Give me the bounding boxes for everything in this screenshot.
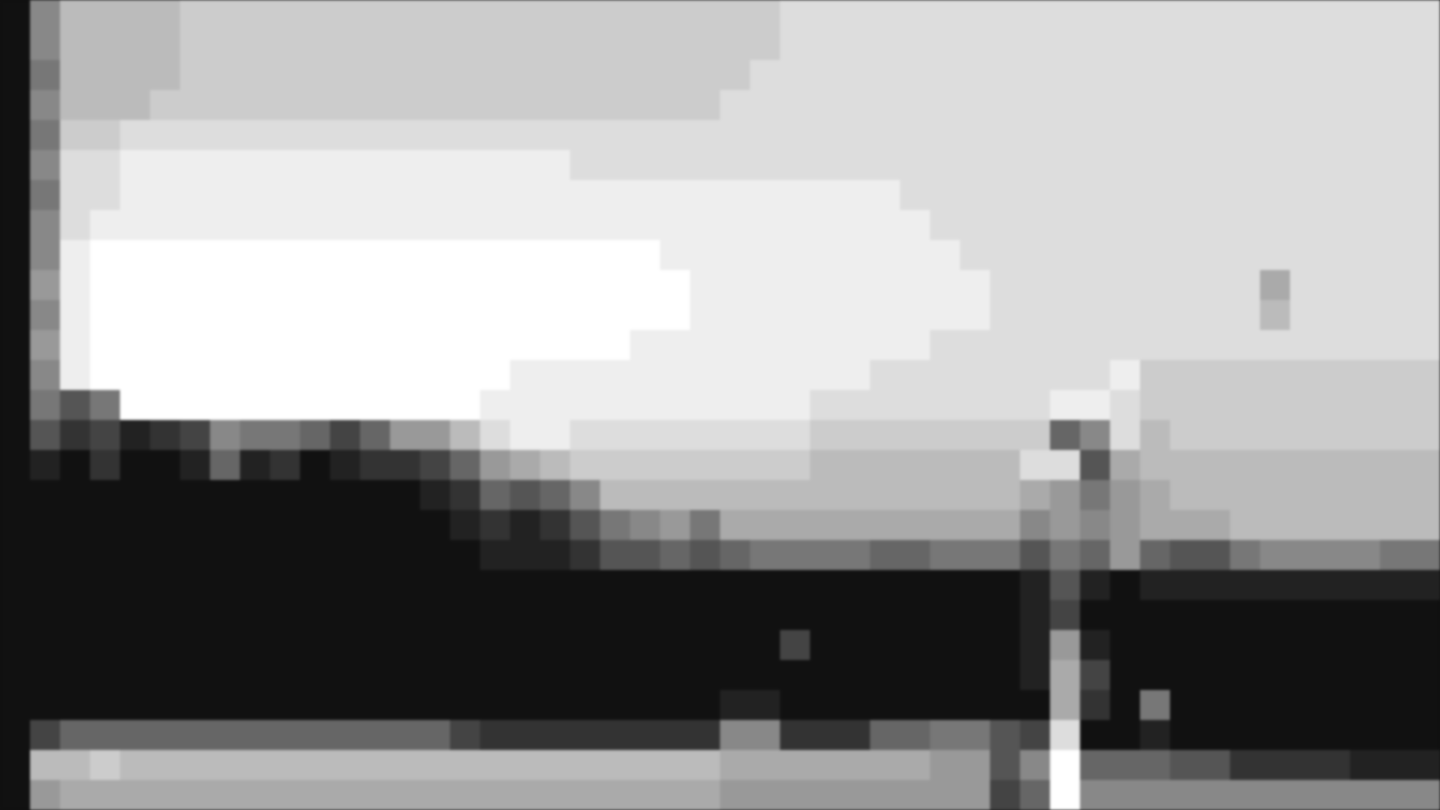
archival-photo: [0, 0, 1440, 810]
photo-canvas: [0, 0, 1440, 810]
